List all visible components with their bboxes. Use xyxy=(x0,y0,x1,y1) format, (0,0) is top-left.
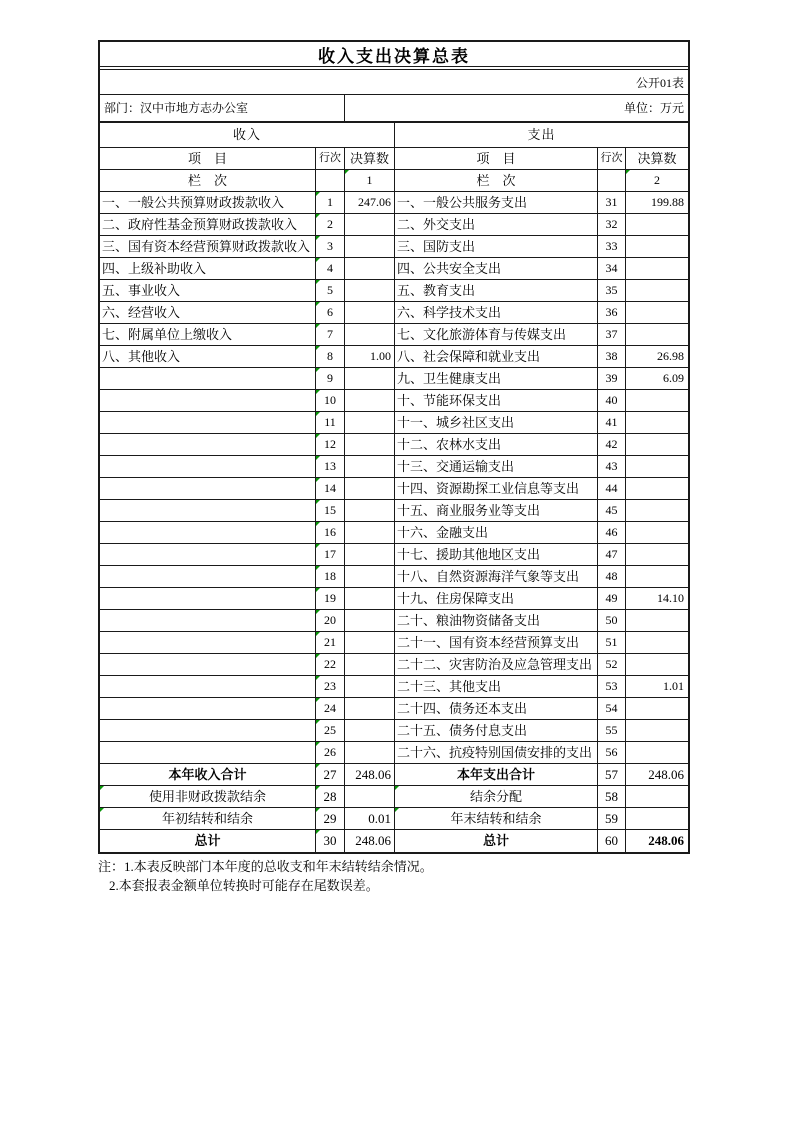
expense-amount-value: 1.01 xyxy=(626,676,688,697)
income-line-number: 21 xyxy=(316,632,345,653)
expense-line-number: 46 xyxy=(598,522,626,543)
income-lane-number: 1 xyxy=(345,170,395,191)
expense-summary-label: 结余分配 xyxy=(395,786,598,807)
income-summary-label: 使用非财政拨款结余 xyxy=(100,786,316,807)
expense-amount-value xyxy=(626,280,688,301)
expense-item-label: 二十一、国有资本经营预算支出 xyxy=(395,632,598,653)
income-amount-value: 1.00 xyxy=(345,346,395,367)
expense-amount-value: 199.88 xyxy=(626,192,688,213)
comment-marker-icon xyxy=(316,500,320,504)
income-amount-value xyxy=(345,280,395,301)
income-item-label: 二、政府性基金预算财政拨款收入 xyxy=(100,214,316,235)
expense-line-header: 行次 xyxy=(598,148,626,169)
summary-row: 年初结转和结余290.01年末结转和结余59 xyxy=(100,808,688,830)
income-line-number: 18 xyxy=(316,566,345,587)
comment-marker-icon xyxy=(316,742,320,746)
income-item-label: 七、附属单位上缴收入 xyxy=(100,324,316,345)
expense-amount-value xyxy=(626,632,688,653)
expense-line-number: 56 xyxy=(598,742,626,763)
income-amount-value xyxy=(345,412,395,433)
comment-marker-icon xyxy=(316,368,320,372)
income-amount-value xyxy=(345,258,395,279)
expense-amount-value: 14.10 xyxy=(626,588,688,609)
expense-item-label: 三、国防支出 xyxy=(395,236,598,257)
comment-marker-icon xyxy=(316,830,320,834)
income-line-number: 25 xyxy=(316,720,345,741)
income-item-label xyxy=(100,742,316,763)
expense-line-number: 59 xyxy=(598,808,626,829)
section-header-row: 收入 支出 xyxy=(100,123,688,148)
income-section-header: 收入 xyxy=(100,123,395,147)
expense-amount-value xyxy=(626,214,688,235)
expense-amount-value: 248.06 xyxy=(626,764,688,785)
income-item-label: 一、一般公共预算财政拨款收入 xyxy=(100,192,316,213)
footnotes: 注：1.本表反映部门本年度的总收支和年末结转结余情况。 2.本套报表金额单位转换… xyxy=(98,857,433,895)
expense-item-label: 二十五、债务付息支出 xyxy=(395,720,598,741)
expense-amount-value xyxy=(626,720,688,741)
expense-line-number: 45 xyxy=(598,500,626,521)
summary-row: 本年收入合计27248.06本年支出合计57248.06 xyxy=(100,764,688,786)
expense-amount-value xyxy=(626,478,688,499)
footnote-line-1: 注：1.本表反映部门本年度的总收支和年末结转结余情况。 xyxy=(98,857,433,876)
expense-line-number: 54 xyxy=(598,698,626,719)
expense-item-label: 二、外交支出 xyxy=(395,214,598,235)
income-item-label xyxy=(100,478,316,499)
expense-item-label: 八、社会保障和就业支出 xyxy=(395,346,598,367)
lane-number-row: 栏 次 1 栏 次 2 xyxy=(100,170,688,192)
income-line-number: 19 xyxy=(316,588,345,609)
comment-marker-icon xyxy=(316,566,320,570)
income-item-label xyxy=(100,544,316,565)
expense-item-label: 二十三、其他支出 xyxy=(395,676,598,697)
expense-line-number: 36 xyxy=(598,302,626,323)
table-row: 23二十三、其他支出531.01 xyxy=(100,676,688,698)
comment-marker-icon xyxy=(316,544,320,548)
income-amount-value xyxy=(345,478,395,499)
table-row: 七、附属单位上缴收入7七、文化旅游体育与传媒支出37 xyxy=(100,324,688,346)
income-amount-value xyxy=(345,676,395,697)
summary-row: 使用非财政拨款结余28结余分配58 xyxy=(100,786,688,808)
department-row: 部门：汉中市地方志办公室 单位：万元 xyxy=(100,95,688,123)
expense-section-header: 支出 xyxy=(395,123,688,147)
expense-line-number: 55 xyxy=(598,720,626,741)
expense-line-number: 43 xyxy=(598,456,626,477)
income-item-label xyxy=(100,610,316,631)
comment-marker-icon xyxy=(316,280,320,284)
table-row: 24二十四、债务还本支出54 xyxy=(100,698,688,720)
final-accounts-table: 收入支出决算总表 公开01表 部门：汉中市地方志办公室 单位：万元 收入 支出 … xyxy=(98,40,690,854)
income-line-number: 6 xyxy=(316,302,345,323)
income-amount-value xyxy=(345,588,395,609)
document-page: 收入支出决算总表 公开01表 部门：汉中市地方志办公室 单位：万元 收入 支出 … xyxy=(0,0,793,1122)
comment-marker-icon xyxy=(345,170,349,174)
expense-line-number: 48 xyxy=(598,566,626,587)
expense-line-number: 33 xyxy=(598,236,626,257)
income-line-number: 28 xyxy=(316,786,345,807)
income-item-label xyxy=(100,390,316,411)
income-line-number: 27 xyxy=(316,764,345,785)
comment-marker-icon xyxy=(100,808,104,812)
income-amount-value xyxy=(345,654,395,675)
income-amount-value xyxy=(345,720,395,741)
table-row: 17十七、援助其他地区支出47 xyxy=(100,544,688,566)
income-item-label xyxy=(100,368,316,389)
income-amount-value xyxy=(345,324,395,345)
income-line-number: 17 xyxy=(316,544,345,565)
comment-marker-icon xyxy=(316,390,320,394)
income-item-label xyxy=(100,412,316,433)
expense-item-label: 二十二、灾害防治及应急管理支出 xyxy=(395,654,598,675)
table-row: 八、其他收入81.00八、社会保障和就业支出3826.98 xyxy=(100,346,688,368)
table-row: 18十八、自然资源海洋气象等支出48 xyxy=(100,566,688,588)
income-line-number: 13 xyxy=(316,456,345,477)
expense-amount-value xyxy=(626,324,688,345)
expense-line-number: 40 xyxy=(598,390,626,411)
comment-marker-icon xyxy=(395,808,399,812)
income-line-header: 行次 xyxy=(316,148,345,169)
expense-amount-value xyxy=(626,654,688,675)
income-item-label: 八、其他收入 xyxy=(100,346,316,367)
income-item-header: 项 目 xyxy=(100,148,316,169)
comment-marker-icon xyxy=(316,456,320,460)
income-item-label xyxy=(100,456,316,477)
expense-line-number: 49 xyxy=(598,588,626,609)
expense-summary-label: 总计 xyxy=(395,830,598,852)
table-row: 三、国有资本经营预算财政拨款收入3三、国防支出33 xyxy=(100,236,688,258)
income-amount-value: 247.06 xyxy=(345,192,395,213)
income-line-number: 11 xyxy=(316,412,345,433)
table-row: 12十二、农林水支出42 xyxy=(100,434,688,456)
income-line-number: 22 xyxy=(316,654,345,675)
comment-marker-icon xyxy=(316,346,320,350)
comment-marker-icon xyxy=(316,632,320,636)
expense-line-number: 31 xyxy=(598,192,626,213)
income-amount-value xyxy=(345,522,395,543)
expense-item-label: 十四、资源勘探工业信息等支出 xyxy=(395,478,598,499)
expense-item-label: 一、一般公共服务支出 xyxy=(395,192,598,213)
expense-line-number: 38 xyxy=(598,346,626,367)
expense-item-label: 十八、自然资源海洋气象等支出 xyxy=(395,566,598,587)
income-line-number: 20 xyxy=(316,610,345,631)
comment-marker-icon xyxy=(316,786,320,790)
expense-amount-value xyxy=(626,698,688,719)
income-item-label xyxy=(100,522,316,543)
expense-item-label: 十一、城乡社区支出 xyxy=(395,412,598,433)
comment-marker-icon xyxy=(316,720,320,724)
expense-item-label: 二十、粮油物资储备支出 xyxy=(395,610,598,631)
expense-line-number: 42 xyxy=(598,434,626,455)
comment-marker-icon xyxy=(316,412,320,416)
expense-line-number: 44 xyxy=(598,478,626,499)
expense-item-label: 十、节能环保支出 xyxy=(395,390,598,411)
income-amount-value: 0.01 xyxy=(345,808,395,829)
expense-amount-value xyxy=(626,522,688,543)
expense-line-number: 58 xyxy=(598,786,626,807)
table-row: 25二十五、债务付息支出55 xyxy=(100,720,688,742)
expense-item-label: 十五、商业服务业等支出 xyxy=(395,500,598,521)
expense-amount-value: 26.98 xyxy=(626,346,688,367)
comment-marker-icon xyxy=(316,808,320,812)
expense-item-header: 项 目 xyxy=(395,148,598,169)
income-item-label xyxy=(100,676,316,697)
expense-amount-value xyxy=(626,808,688,829)
income-item-label xyxy=(100,698,316,719)
income-amount-header: 决算数 xyxy=(345,148,395,169)
income-line-number: 12 xyxy=(316,434,345,455)
income-line-number: 2 xyxy=(316,214,345,235)
comment-marker-icon xyxy=(316,676,320,680)
table-row: 16十六、金融支出46 xyxy=(100,522,688,544)
comment-marker-icon xyxy=(316,214,320,218)
expense-item-label: 十二、农林水支出 xyxy=(395,434,598,455)
income-amount-value xyxy=(345,390,395,411)
income-amount-value xyxy=(345,236,395,257)
expense-amount-value: 6.09 xyxy=(626,368,688,389)
comment-marker-icon xyxy=(316,236,320,240)
income-summary-label: 年初结转和结余 xyxy=(100,808,316,829)
expense-line-number: 32 xyxy=(598,214,626,235)
expense-line-number: 57 xyxy=(598,764,626,785)
comment-marker-icon xyxy=(316,478,320,482)
expense-line-number: 52 xyxy=(598,654,626,675)
expense-line-number: 50 xyxy=(598,610,626,631)
income-amount-value xyxy=(345,544,395,565)
expense-lane-label: 栏 次 xyxy=(395,170,598,191)
comment-marker-icon xyxy=(316,324,320,328)
table-row: 二、政府性基金预算财政拨款收入2二、外交支出32 xyxy=(100,214,688,236)
footnote-line-2: 2.本套报表金额单位转换时可能存在尾数误差。 xyxy=(98,876,433,895)
table-row: 9九、卫生健康支出396.09 xyxy=(100,368,688,390)
expense-amount-value xyxy=(626,566,688,587)
expense-line-number: 34 xyxy=(598,258,626,279)
page-title: 收入支出决算总表 xyxy=(318,42,470,67)
expense-amount-value xyxy=(626,434,688,455)
expense-item-label: 六、科学技术支出 xyxy=(395,302,598,323)
comment-marker-icon xyxy=(316,764,320,768)
comment-marker-icon xyxy=(316,258,320,262)
comment-marker-icon xyxy=(316,302,320,306)
expense-amount-value xyxy=(626,786,688,807)
comment-marker-icon xyxy=(316,192,320,196)
expense-item-label: 十九、住房保障支出 xyxy=(395,588,598,609)
income-line-number: 9 xyxy=(316,368,345,389)
expense-item-label: 五、教育支出 xyxy=(395,280,598,301)
comment-marker-icon xyxy=(316,588,320,592)
income-item-label xyxy=(100,500,316,521)
income-amount-value xyxy=(345,500,395,521)
income-item-label xyxy=(100,588,316,609)
income-item-label: 五、事业收入 xyxy=(100,280,316,301)
expense-item-label: 十七、援助其他地区支出 xyxy=(395,544,598,565)
table-row: 26二十六、抗疫特别国债安排的支出56 xyxy=(100,742,688,764)
expense-line-number: 47 xyxy=(598,544,626,565)
income-lane-label: 栏 次 xyxy=(100,170,316,191)
expense-item-label: 四、公共安全支出 xyxy=(395,258,598,279)
income-item-label: 四、上级补助收入 xyxy=(100,258,316,279)
table-row: 六、经营收入6六、科学技术支出36 xyxy=(100,302,688,324)
comment-marker-icon xyxy=(316,698,320,702)
income-item-label xyxy=(100,632,316,653)
income-amount-value: 248.06 xyxy=(345,830,395,852)
income-amount-value xyxy=(345,698,395,719)
table-row: 19十九、住房保障支出4914.10 xyxy=(100,588,688,610)
summary-row: 总计30248.06总计60248.06 xyxy=(100,830,688,852)
income-item-label xyxy=(100,566,316,587)
income-amount-value xyxy=(345,566,395,587)
table-row: 五、事业收入5五、教育支出35 xyxy=(100,280,688,302)
income-item-label xyxy=(100,654,316,675)
income-line-number: 10 xyxy=(316,390,345,411)
income-amount-value xyxy=(345,632,395,653)
income-amount-value xyxy=(345,610,395,631)
expense-amount-value xyxy=(626,544,688,565)
income-summary-label: 本年收入合计 xyxy=(100,764,316,785)
income-amount-value xyxy=(345,786,395,807)
comment-marker-icon xyxy=(316,434,320,438)
income-amount-value xyxy=(345,302,395,323)
income-amount-value xyxy=(345,742,395,763)
income-amount-value xyxy=(345,214,395,235)
unit-label: 单位：万元 xyxy=(345,95,688,121)
expense-amount-value xyxy=(626,302,688,323)
expense-amount-value xyxy=(626,258,688,279)
expense-line-number: 60 xyxy=(598,830,626,852)
expense-summary-label: 本年支出合计 xyxy=(395,764,598,785)
expense-amount-value xyxy=(626,390,688,411)
comment-marker-icon xyxy=(626,170,630,174)
income-line-number: 4 xyxy=(316,258,345,279)
comment-marker-icon xyxy=(316,654,320,658)
expense-line-number: 41 xyxy=(598,412,626,433)
comment-marker-icon xyxy=(316,522,320,526)
comment-marker-icon xyxy=(316,610,320,614)
table-row: 11十一、城乡社区支出41 xyxy=(100,412,688,434)
table-row: 21二十一、国有资本经营预算支出51 xyxy=(100,632,688,654)
table-row: 10十、节能环保支出40 xyxy=(100,390,688,412)
table-row: 20二十、粮油物资储备支出50 xyxy=(100,610,688,632)
expense-lane-number: 2 xyxy=(626,170,688,191)
income-amount-value xyxy=(345,368,395,389)
income-line-number: 16 xyxy=(316,522,345,543)
expense-amount-value xyxy=(626,742,688,763)
expense-lane-spacer xyxy=(598,170,626,191)
expense-item-label: 十六、金融支出 xyxy=(395,522,598,543)
table-row: 四、上级补助收入4四、公共安全支出34 xyxy=(100,258,688,280)
expense-line-number: 37 xyxy=(598,324,626,345)
income-lane-spacer xyxy=(316,170,345,191)
expense-amount-value xyxy=(626,500,688,521)
doc-label-row: 公开01表 xyxy=(100,70,688,95)
expense-item-label: 九、卫生健康支出 xyxy=(395,368,598,389)
column-header-row: 项 目 行次 决算数 项 目 行次 决算数 xyxy=(100,148,688,170)
table-row: 22二十二、灾害防治及应急管理支出52 xyxy=(100,654,688,676)
income-line-number: 3 xyxy=(316,236,345,257)
income-summary-label: 总计 xyxy=(100,830,316,852)
income-item-label: 六、经营收入 xyxy=(100,302,316,323)
income-line-number: 24 xyxy=(316,698,345,719)
department-name: 部门：汉中市地方志办公室 xyxy=(100,95,345,121)
expense-item-label: 十三、交通运输支出 xyxy=(395,456,598,477)
title-row: 收入支出决算总表 xyxy=(100,42,688,70)
table-body: 一、一般公共预算财政拨款收入1247.06一、一般公共服务支出31199.88二… xyxy=(100,192,688,852)
expense-amount-value xyxy=(626,456,688,477)
income-amount-value xyxy=(345,456,395,477)
table-row: 14十四、资源勘探工业信息等支出44 xyxy=(100,478,688,500)
table-row: 一、一般公共预算财政拨款收入1247.06一、一般公共服务支出31199.88 xyxy=(100,192,688,214)
income-line-number: 8 xyxy=(316,346,345,367)
income-line-number: 30 xyxy=(316,830,345,852)
table-row: 15十五、商业服务业等支出45 xyxy=(100,500,688,522)
expense-item-label: 七、文化旅游体育与传媒支出 xyxy=(395,324,598,345)
income-line-number: 26 xyxy=(316,742,345,763)
income-line-number: 14 xyxy=(316,478,345,499)
income-amount-value xyxy=(345,434,395,455)
income-line-number: 1 xyxy=(316,192,345,213)
expense-line-number: 39 xyxy=(598,368,626,389)
expense-item-label: 二十四、债务还本支出 xyxy=(395,698,598,719)
income-line-number: 7 xyxy=(316,324,345,345)
income-item-label xyxy=(100,434,316,455)
table-row: 13十三、交通运输支出43 xyxy=(100,456,688,478)
expense-amount-value xyxy=(626,610,688,631)
expense-amount-value xyxy=(626,236,688,257)
income-line-number: 5 xyxy=(316,280,345,301)
income-line-number: 15 xyxy=(316,500,345,521)
income-item-label xyxy=(100,720,316,741)
expense-amount-header: 决算数 xyxy=(626,148,688,169)
comment-marker-icon xyxy=(100,786,104,790)
income-item-label: 三、国有资本经营预算财政拨款收入 xyxy=(100,236,316,257)
expense-line-number: 51 xyxy=(598,632,626,653)
expense-amount-value xyxy=(626,412,688,433)
doc-label: 公开01表 xyxy=(636,74,684,91)
expense-line-number: 53 xyxy=(598,676,626,697)
income-line-number: 29 xyxy=(316,808,345,829)
comment-marker-icon xyxy=(395,786,399,790)
expense-line-number: 35 xyxy=(598,280,626,301)
expense-amount-value: 248.06 xyxy=(626,830,688,852)
income-line-number: 23 xyxy=(316,676,345,697)
expense-summary-label: 年末结转和结余 xyxy=(395,808,598,829)
income-amount-value: 248.06 xyxy=(345,764,395,785)
expense-item-label: 二十六、抗疫特别国债安排的支出 xyxy=(395,742,598,763)
